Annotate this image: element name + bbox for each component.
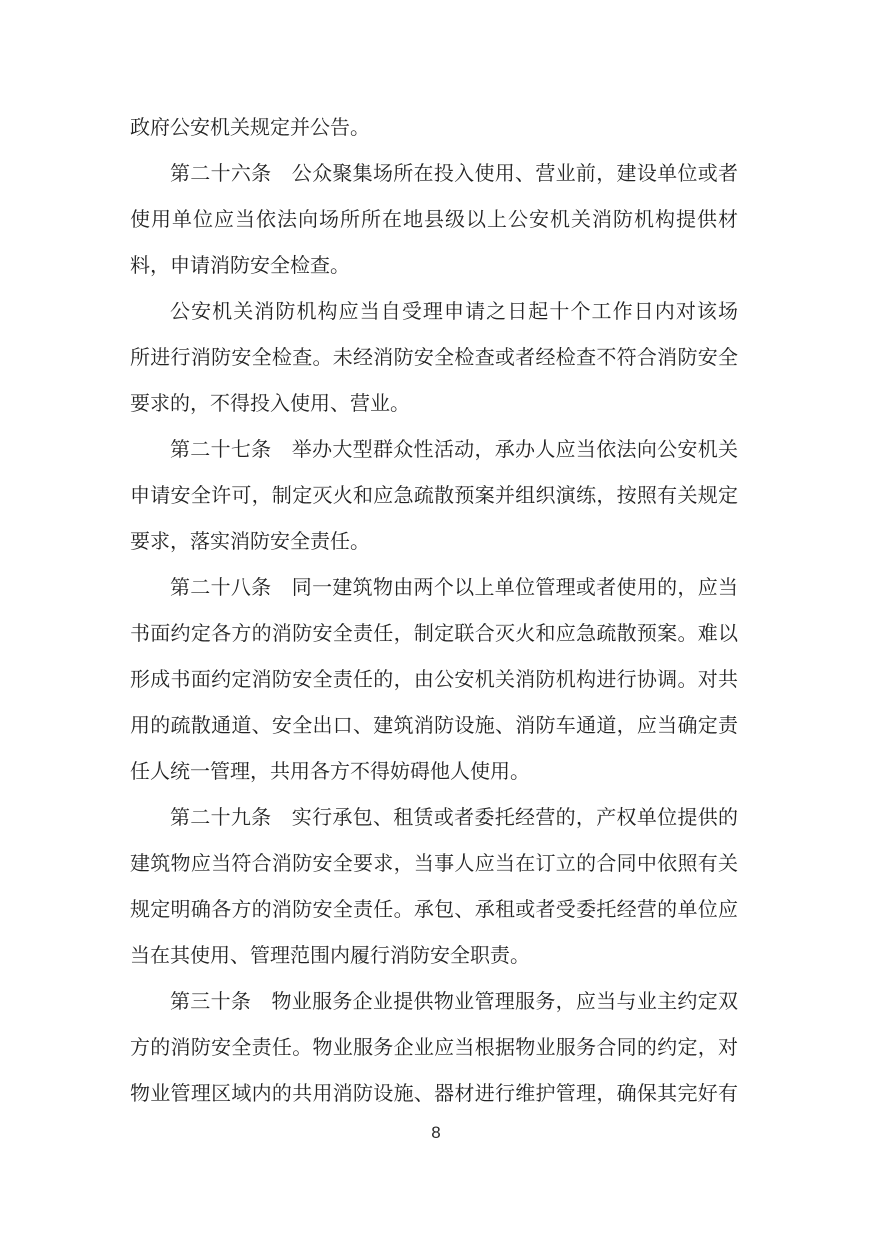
document-page: 政府公安机关规定并公告。 第二十六条 公众聚集场所在投入使用、营业前，建设单位或… — [0, 0, 872, 1234]
text-line: 料，申请消防安全检查。 — [130, 243, 738, 289]
text-line: 用的疏散通道、安全出口、建筑消防设施、消防车通道，应当确定责 — [130, 703, 738, 749]
text-line: 书面约定各方的消防安全责任，制定联合灭火和应急疏散预案。难以 — [130, 611, 738, 657]
text-line-article-30-start: 第三十条 物业服务企业提供物业管理服务，应当与业主约定双 — [130, 979, 738, 1025]
text-line-article-29-start: 第二十九条 实行承包、租赁或者委托经营的，产权单位提供的 — [130, 795, 738, 841]
text-line: 申请安全许可，制定灭火和应急疏散预案并组织演练，按照有关规定 — [130, 473, 738, 519]
text-line: 政府公安机关规定并公告。 — [130, 105, 738, 151]
text-line-article-28-start: 第二十八条 同一建筑物由两个以上单位管理或者使用的，应当 — [130, 565, 738, 611]
text-line: 要求的，不得投入使用、营业。 — [130, 381, 738, 427]
text-line: 公安机关消防机构应当自受理申请之日起十个工作日内对该场 — [130, 289, 738, 335]
document-text-block: 政府公安机关规定并公告。 第二十六条 公众聚集场所在投入使用、营业前，建设单位或… — [130, 105, 738, 1117]
text-line: 要求，落实消防安全责任。 — [130, 519, 738, 565]
page-number: 8 — [0, 1122, 872, 1144]
text-line-article-26-start: 第二十六条 公众聚集场所在投入使用、营业前，建设单位或者 — [130, 151, 738, 197]
text-line: 形成书面约定消防安全责任的，由公安机关消防机构进行协调。对共 — [130, 657, 738, 703]
text-line-article-27-start: 第二十七条 举办大型群众性活动，承办人应当依法向公安机关 — [130, 427, 738, 473]
text-line: 方的消防安全责任。物业服务企业应当根据物业服务合同的约定，对 — [130, 1025, 738, 1071]
text-line: 规定明确各方的消防安全责任。承包、承租或者受委托经营的单位应 — [130, 887, 738, 933]
text-line: 使用单位应当依法向场所所在地县级以上公安机关消防机构提供材 — [130, 197, 738, 243]
text-line: 任人统一管理，共用各方不得妨碍他人使用。 — [130, 749, 738, 795]
text-line: 当在其使用、管理范围内履行消防安全职责。 — [130, 933, 738, 979]
text-line: 物业管理区域内的共用消防设施、器材进行维护管理，确保其完好有 — [130, 1071, 738, 1117]
text-line: 建筑物应当符合消防安全要求，当事人应当在订立的合同中依照有关 — [130, 841, 738, 887]
text-line: 所进行消防安全检查。未经消防安全检查或者经检查不符合消防安全 — [130, 335, 738, 381]
